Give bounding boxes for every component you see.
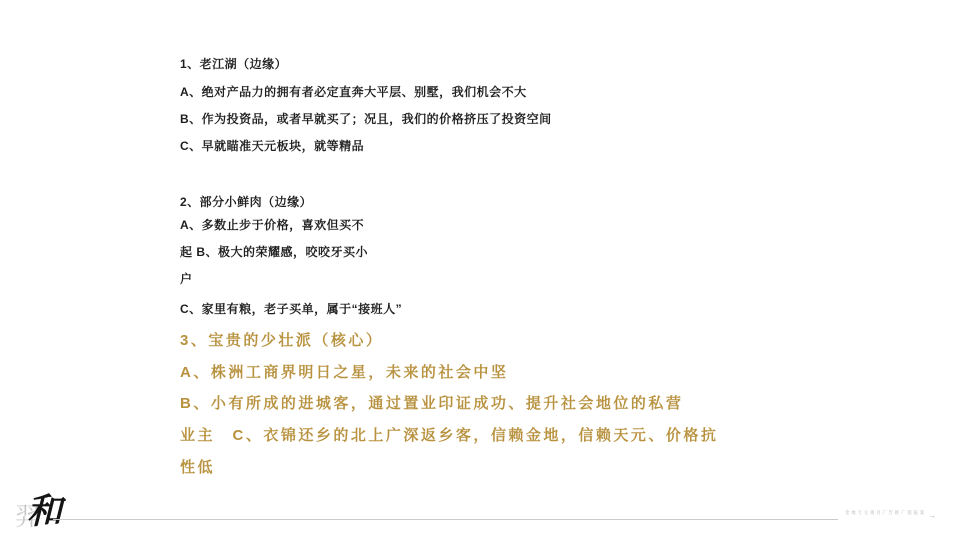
- footer-caption-text: 金地天元项目广告推广提报案: [845, 509, 926, 515]
- group3-line2: B、小有所成的进城客，通过置业印证成功、提升社会地位的私营: [180, 392, 683, 413]
- group1-title: 1、老江湖（边缘）: [180, 55, 287, 72]
- company-logo-black-character: 和: [27, 494, 62, 529]
- group3-line3: 业主 C、衣锦还乡的北上广深返乡客，信赖金地，信赖天元、价格抗: [180, 424, 718, 445]
- footer-arrow-icon: →: [928, 511, 936, 519]
- presentation-slide: 1、老江湖（边缘） A、绝对产品力的拥有者必定直奔大平层、别墅，我们机会不大 B…: [0, 0, 960, 540]
- footer-divider-line: [53, 519, 838, 520]
- group1-item-c: C、早就瞄准天元板块，就等精品: [180, 137, 364, 154]
- group3-title: 3、宝贵的少壮派（核心）: [180, 329, 383, 350]
- group2-line3: 户: [180, 270, 193, 287]
- group3-line4: 性低: [180, 456, 215, 477]
- group2-line4: C、家里有粮，老子买单，属于“接班人”: [180, 300, 402, 317]
- group2-line1: A、多数止步于价格，喜欢但买不: [180, 216, 364, 233]
- group1-item-b: B、作为投资品，或者早就买了；况且，我们的价格挤压了投资空间: [180, 110, 552, 127]
- group2-line2: 起 B、极大的荣耀感，咬咬牙买小: [180, 243, 368, 260]
- group1-item-a: A、绝对产品力的拥有者必定直奔大平层、别墅，我们机会不大: [180, 83, 527, 100]
- group3-line1: A、株洲工商界明日之星，未来的社会中坚: [180, 361, 508, 382]
- group2-title: 2、部分小鲜肉（边缘）: [180, 193, 312, 210]
